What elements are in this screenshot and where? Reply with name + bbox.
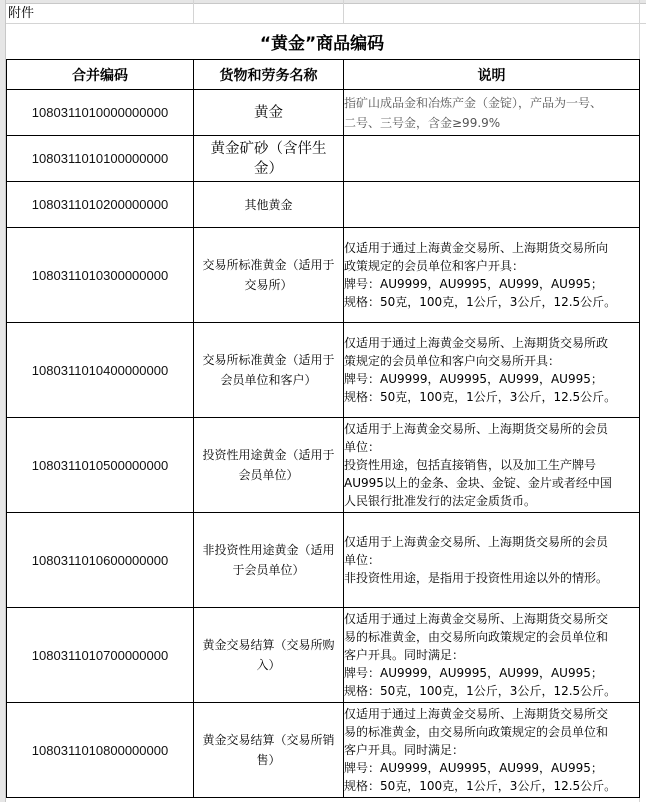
cell-description[interactable]: 仅适用于通过上海黄金交易所、上海期货交易所向政策规定的会员单位和客户开具：牌号：… [344,228,640,323]
cell-name[interactable]: 非投资性用途黄金（适用于会员单位） [194,513,344,608]
cell-name-line: 金） [194,159,343,179]
cell-description-line: 牌号：AU9999，AU9995，AU999，AU995； [344,759,639,777]
cell-description-line: 仅适用于上海黄金交易所、上海期货交易所的会员 [344,420,639,438]
page-title: “黄金”商品编码 [6,24,638,59]
cell-description[interactable] [344,182,640,228]
commodity-code-table: 合并编码 货物和劳务名称 说明 1080311010000000000黄金指矿山… [6,59,640,798]
cell-description-line: 政策规定的会员单位和客户开具： [344,257,639,275]
cell-name-line: 入） [194,655,343,675]
cell-name[interactable]: 黄金交易结算（交易所购入） [194,608,344,703]
cell-description-line: 仅适用于通过上海黄金交易所、上海期货交易所政 [344,334,639,352]
table-row: 1080311010500000000投资性用途黄金（适用于会员单位）仅适用于上… [7,418,640,513]
cell-description-line: 仅适用于通过上海黄金交易所、上海期货交易所向 [344,239,639,257]
gridline [343,0,344,24]
cell-description-line: 易的标准黄金，由交易所向政策规定的会员单位和 [344,628,639,646]
cell-description-line: 规格：50克，100克，1公斤，3公斤，12.5公斤。 [344,682,639,700]
cell-description[interactable]: 仅适用于通过上海黄金交易所、上海期货交易所政策规定的会员单位和客户向交易所开具：… [344,323,640,418]
attachment-label: 附件 [8,5,34,22]
cell-name-line: 交易所标准黄金（适用于 [194,255,343,275]
column-header-bar [0,0,646,4]
cell-description-line: 人民银行批准发行的法定金质货币。 [344,492,639,510]
cell-description-line: 仅适用于上海黄金交易所、上海期货交易所的会员 [344,533,639,551]
cell-description[interactable]: 仅适用于通过上海黄金交易所、上海期货交易所交易的标准黄金，由交易所向政策规定的会… [344,703,640,798]
cell-description-line: 客户开具。同时满足： [344,741,639,759]
cell-name-line: 会员单位和客户） [194,370,343,390]
cell-name-line: 投资性用途黄金（适用于 [194,445,343,465]
table-row: 1080311010600000000非投资性用途黄金（适用于会员单位）仅适用于… [7,513,640,608]
cell-code[interactable]: 1080311010300000000 [7,228,194,323]
cell-code[interactable]: 1080311010600000000 [7,513,194,608]
table-row: 1080311010200000000其他黄金 [7,182,640,228]
column-header-name[interactable]: 货物和劳务名称 [194,60,344,90]
cell-code[interactable]: 1080311010100000000 [7,136,194,182]
table-row: 1080311010800000000黄金交易结算（交易所销售）仅适用于通过上海… [7,703,640,798]
cell-description-line: 规格：50克，100克，1公斤，3公斤，12.5公斤。 [344,388,639,406]
cell-code[interactable]: 1080311010000000000 [7,90,194,136]
cell-description-line: 易的标准黄金，由交易所向政策规定的会员单位和 [344,723,639,741]
cell-name[interactable]: 交易所标准黄金（适用于会员单位和客户） [194,323,344,418]
cell-description[interactable] [344,136,640,182]
cell-code[interactable]: 1080311010200000000 [7,182,194,228]
cell-name-line: 黄金 [194,103,343,123]
cell-description[interactable]: 仅适用于上海黄金交易所、上海期货交易所的会员单位：投资性用途，包括直接销售，以及… [344,418,640,513]
cell-name[interactable]: 黄金 [194,90,344,136]
cell-name-line: 售） [194,750,343,770]
cell-name-line: 其他黄金 [194,195,343,215]
column-header-code[interactable]: 合并编码 [7,60,194,90]
cell-name[interactable]: 黄金矿砂（含伴生金） [194,136,344,182]
gridline [193,0,194,24]
cell-description-line: AU995以上的金条、金块、金锭、金片或者经中国 [344,474,639,492]
cell-name-line: 黄金交易结算（交易所购 [194,635,343,655]
cell-description-line: 单位： [344,438,639,456]
cell-code[interactable]: 1080311010500000000 [7,418,194,513]
cell-description-line: 非投资性用途，是指用于投资性用途以外的情形。 [344,569,639,587]
cell-description-line: 投资性用途，包括直接销售，以及加工生产牌号 [344,456,639,474]
cell-description[interactable]: 仅适用于通过上海黄金交易所、上海期货交易所交易的标准黄金，由交易所向政策规定的会… [344,608,640,703]
cell-name-line: 于会员单位） [194,560,343,580]
cell-name-line: 非投资性用途黄金（适用 [194,540,343,560]
cell-description-line: 单位： [344,551,639,569]
cell-description-line: 规格：50克，100克，1公斤，3公斤，12.5公斤。 [344,293,639,311]
cell-name[interactable]: 其他黄金 [194,182,344,228]
table-row: 1080311010100000000黄金矿砂（含伴生金） [7,136,640,182]
cell-description-line: 二号、三号金，含金≥99.9% [344,113,639,133]
table-row: 1080311010300000000交易所标准黄金（适用于交易所）仅适用于通过… [7,228,640,323]
cell-code[interactable]: 1080311010400000000 [7,323,194,418]
cell-description-line: 牌号：AU9999，AU9995，AU999，AU995； [344,370,639,388]
cell-description-line: 仅适用于通过上海黄金交易所、上海期货交易所交 [344,610,639,628]
cell-code[interactable]: 1080311010800000000 [7,703,194,798]
cell-name[interactable]: 投资性用途黄金（适用于会员单位） [194,418,344,513]
table-header-row: 合并编码 货物和劳务名称 说明 [7,60,640,90]
cell-name-line: 黄金交易结算（交易所销 [194,730,343,750]
cell-description-line: 牌号：AU9999，AU9995，AU999，AU995； [344,664,639,682]
cell-description-line: 仅适用于通过上海黄金交易所、上海期货交易所交 [344,705,639,723]
cell-description-line: 规格：50克，100克，1公斤，3公斤，12.5公斤。 [344,777,639,795]
table-row: 1080311010700000000黄金交易结算（交易所购入）仅适用于通过上海… [7,608,640,703]
cell-description[interactable]: 指矿山成品金和冶炼产金（金锭），产品为一号、二号、三号金，含金≥99.9% [344,90,640,136]
cell-name-line: 黄金矿砂（含伴生 [194,139,343,159]
cell-description-line: 客户开具。同时满足： [344,646,639,664]
cell-description-line: 策规定的会员单位和客户向交易所开具： [344,352,639,370]
cell-description[interactable]: 仅适用于上海黄金交易所、上海期货交易所的会员单位：非投资性用途，是指用于投资性用… [344,513,640,608]
cell-name-line: 交易所标准黄金（适用于 [194,350,343,370]
cell-name[interactable]: 黄金交易结算（交易所销售） [194,703,344,798]
cell-description-line: 指矿山成品金和冶炼产金（金锭），产品为一号、 [344,93,639,113]
cell-name[interactable]: 交易所标准黄金（适用于交易所） [194,228,344,323]
cell-name-line: 会员单位） [194,465,343,485]
column-header-description[interactable]: 说明 [344,60,640,90]
cell-name-line: 交易所） [194,275,343,295]
cell-code[interactable]: 1080311010700000000 [7,608,194,703]
cell-description-line: 牌号：AU9999，AU9995，AU999，AU995； [344,275,639,293]
table-row: 1080311010000000000黄金指矿山成品金和冶炼产金（金锭），产品为… [7,90,640,136]
table-row: 1080311010400000000交易所标准黄金（适用于会员单位和客户）仅适… [7,323,640,418]
